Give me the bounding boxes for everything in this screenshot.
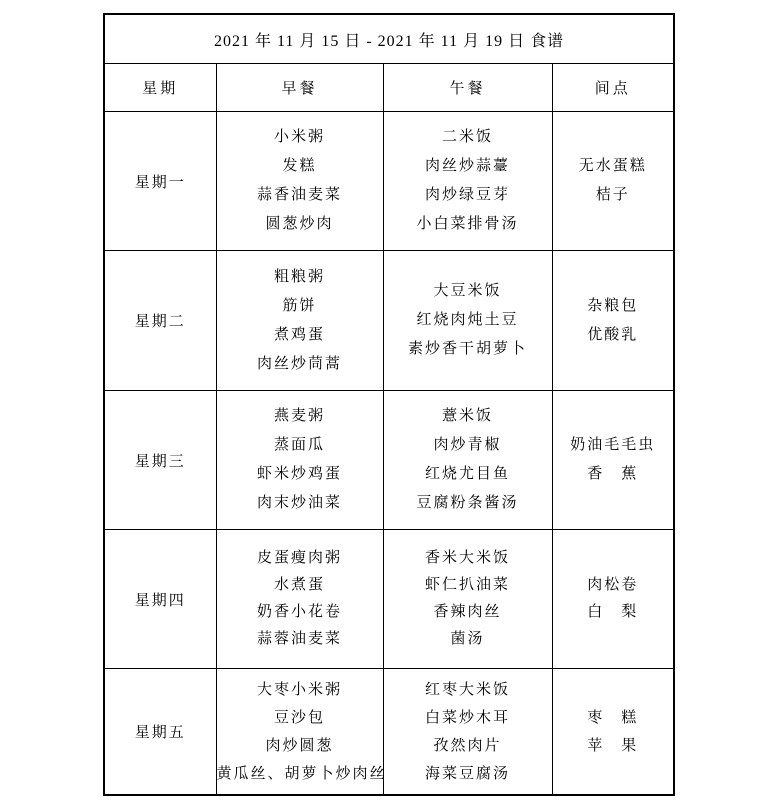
menu-item: 孜然肉片 bbox=[384, 732, 552, 760]
menu-item: 海菜豆腐汤 bbox=[384, 760, 552, 788]
menu-item: 皮蛋瘦肉粥 bbox=[217, 545, 383, 572]
menu-item: 圆葱炒肉 bbox=[217, 210, 383, 239]
breakfast-cell: 燕麦粥 蒸面瓜 虾米炒鸡蛋 肉末炒油菜 bbox=[216, 391, 383, 530]
snack-cell: 肉松卷 白 梨 bbox=[552, 530, 674, 669]
table-row-friday: 星期五 大枣小米粥 豆沙包 肉炒圆葱 黄瓜丝、胡萝卜炒肉丝 红枣大米饭 白菜炒木… bbox=[104, 669, 674, 796]
weekly-menu-table: 2021 年 11 月 15 日 - 2021 年 11 月 19 日 食谱 星… bbox=[103, 13, 675, 796]
lunch-cell: 大豆米饭 红烧肉炖土豆 素炒香干胡萝卜 bbox=[383, 251, 552, 391]
table-row-wednesday: 星期三 燕麦粥 蒸面瓜 虾米炒鸡蛋 肉末炒油菜 薏米饭 肉炒青椒 红烧尤目鱼 豆… bbox=[104, 391, 674, 530]
menu-item: 苹 果 bbox=[553, 732, 674, 760]
breakfast-cell: 大枣小米粥 豆沙包 肉炒圆葱 黄瓜丝、胡萝卜炒肉丝 bbox=[216, 669, 383, 796]
menu-item: 豆腐粉条酱汤 bbox=[384, 489, 552, 518]
menu-item: 肉炒青椒 bbox=[384, 431, 552, 460]
breakfast-cell: 粗粮粥 筋饼 煮鸡蛋 肉丝炒茼蒿 bbox=[216, 251, 383, 391]
menu-item: 大枣小米粥 bbox=[217, 676, 383, 704]
menu-item: 肉炒圆葱 bbox=[217, 732, 383, 760]
lunch-cell: 二米饭 肉丝炒蒜薹 肉炒绿豆芽 小白菜排骨汤 bbox=[383, 112, 552, 251]
day-cell: 星期五 bbox=[104, 669, 216, 796]
table-row-monday: 星期一 小米粥 发糕 蒜香油麦菜 圆葱炒肉 二米饭 肉丝炒蒜薹 肉炒绿豆芽 小白… bbox=[104, 112, 674, 251]
menu-item: 桔子 bbox=[553, 181, 674, 210]
menu-item: 红烧尤目鱼 bbox=[384, 460, 552, 489]
menu-item: 燕麦粥 bbox=[217, 402, 383, 431]
menu-item: 二米饭 bbox=[384, 123, 552, 152]
table-row-thursday: 星期四 皮蛋瘦肉粥 水煮蛋 奶香小花卷 蒜蓉油麦菜 香米大米饭 虾仁扒油菜 香辣… bbox=[104, 530, 674, 669]
lunch-cell: 香米大米饭 虾仁扒油菜 香辣肉丝 菌汤 bbox=[383, 530, 552, 669]
menu-item: 肉炒绿豆芽 bbox=[384, 181, 552, 210]
menu-item: 筋饼 bbox=[217, 292, 383, 321]
column-header-lunch: 午餐 bbox=[383, 64, 552, 112]
column-header-snack: 间点 bbox=[552, 64, 674, 112]
menu-item: 蒜蓉油麦菜 bbox=[217, 626, 383, 653]
header-row: 星期 早餐 午餐 间点 bbox=[104, 64, 674, 112]
table-row-tuesday: 星期二 粗粮粥 筋饼 煮鸡蛋 肉丝炒茼蒿 大豆米饭 红烧肉炖土豆 素炒香干胡萝卜… bbox=[104, 251, 674, 391]
menu-item: 菌汤 bbox=[384, 626, 552, 653]
menu-item: 白 梨 bbox=[553, 599, 674, 626]
menu-item: 杂粮包 bbox=[553, 292, 674, 321]
day-cell: 星期三 bbox=[104, 391, 216, 530]
menu-item: 粗粮粥 bbox=[217, 263, 383, 292]
menu-item: 小米粥 bbox=[217, 123, 383, 152]
day-cell: 星期二 bbox=[104, 251, 216, 391]
menu-item: 红枣大米饭 bbox=[384, 676, 552, 704]
menu-item: 肉丝炒蒜薹 bbox=[384, 152, 552, 181]
breakfast-cell: 小米粥 发糕 蒜香油麦菜 圆葱炒肉 bbox=[216, 112, 383, 251]
menu-item: 奶油毛毛虫 bbox=[553, 431, 674, 460]
snack-cell: 无水蛋糕 桔子 bbox=[552, 112, 674, 251]
column-header-day: 星期 bbox=[104, 64, 216, 112]
menu-item: 香 蕉 bbox=[553, 460, 674, 489]
menu-item: 虾米炒鸡蛋 bbox=[217, 460, 383, 489]
menu-item: 蒜香油麦菜 bbox=[217, 181, 383, 210]
menu-item: 黄瓜丝、胡萝卜炒肉丝 bbox=[217, 760, 383, 788]
menu-item: 肉松卷 bbox=[553, 572, 674, 599]
menu-item: 白菜炒木耳 bbox=[384, 704, 552, 732]
title-row: 2021 年 11 月 15 日 - 2021 年 11 月 19 日 食谱 bbox=[104, 14, 674, 64]
breakfast-cell: 皮蛋瘦肉粥 水煮蛋 奶香小花卷 蒜蓉油麦菜 bbox=[216, 530, 383, 669]
document-page: 2021 年 11 月 15 日 - 2021 年 11 月 19 日 食谱 星… bbox=[0, 0, 772, 802]
menu-item: 香辣肉丝 bbox=[384, 599, 552, 626]
menu-item: 蒸面瓜 bbox=[217, 431, 383, 460]
menu-item: 红烧肉炖土豆 bbox=[384, 306, 552, 335]
table-title: 2021 年 11 月 15 日 - 2021 年 11 月 19 日 食谱 bbox=[104, 14, 674, 64]
menu-item: 水煮蛋 bbox=[217, 572, 383, 599]
snack-cell: 奶油毛毛虫 香 蕉 bbox=[552, 391, 674, 530]
menu-item: 发糕 bbox=[217, 152, 383, 181]
snack-cell: 杂粮包 优酸乳 bbox=[552, 251, 674, 391]
lunch-cell: 红枣大米饭 白菜炒木耳 孜然肉片 海菜豆腐汤 bbox=[383, 669, 552, 796]
day-cell: 星期四 bbox=[104, 530, 216, 669]
menu-item: 豆沙包 bbox=[217, 704, 383, 732]
menu-item: 无水蛋糕 bbox=[553, 152, 674, 181]
menu-item: 小白菜排骨汤 bbox=[384, 210, 552, 239]
menu-item: 肉丝炒茼蒿 bbox=[217, 350, 383, 379]
snack-cell: 枣 糕 苹 果 bbox=[552, 669, 674, 796]
column-header-breakfast: 早餐 bbox=[216, 64, 383, 112]
day-cell: 星期一 bbox=[104, 112, 216, 251]
menu-item: 肉末炒油菜 bbox=[217, 489, 383, 518]
menu-item: 煮鸡蛋 bbox=[217, 321, 383, 350]
menu-item: 枣 糕 bbox=[553, 704, 674, 732]
menu-item: 优酸乳 bbox=[553, 321, 674, 350]
menu-item: 素炒香干胡萝卜 bbox=[384, 335, 552, 364]
menu-item: 大豆米饭 bbox=[384, 277, 552, 306]
menu-item: 虾仁扒油菜 bbox=[384, 572, 552, 599]
lunch-cell: 薏米饭 肉炒青椒 红烧尤目鱼 豆腐粉条酱汤 bbox=[383, 391, 552, 530]
menu-item: 香米大米饭 bbox=[384, 545, 552, 572]
menu-item: 奶香小花卷 bbox=[217, 599, 383, 626]
menu-item: 薏米饭 bbox=[384, 402, 552, 431]
